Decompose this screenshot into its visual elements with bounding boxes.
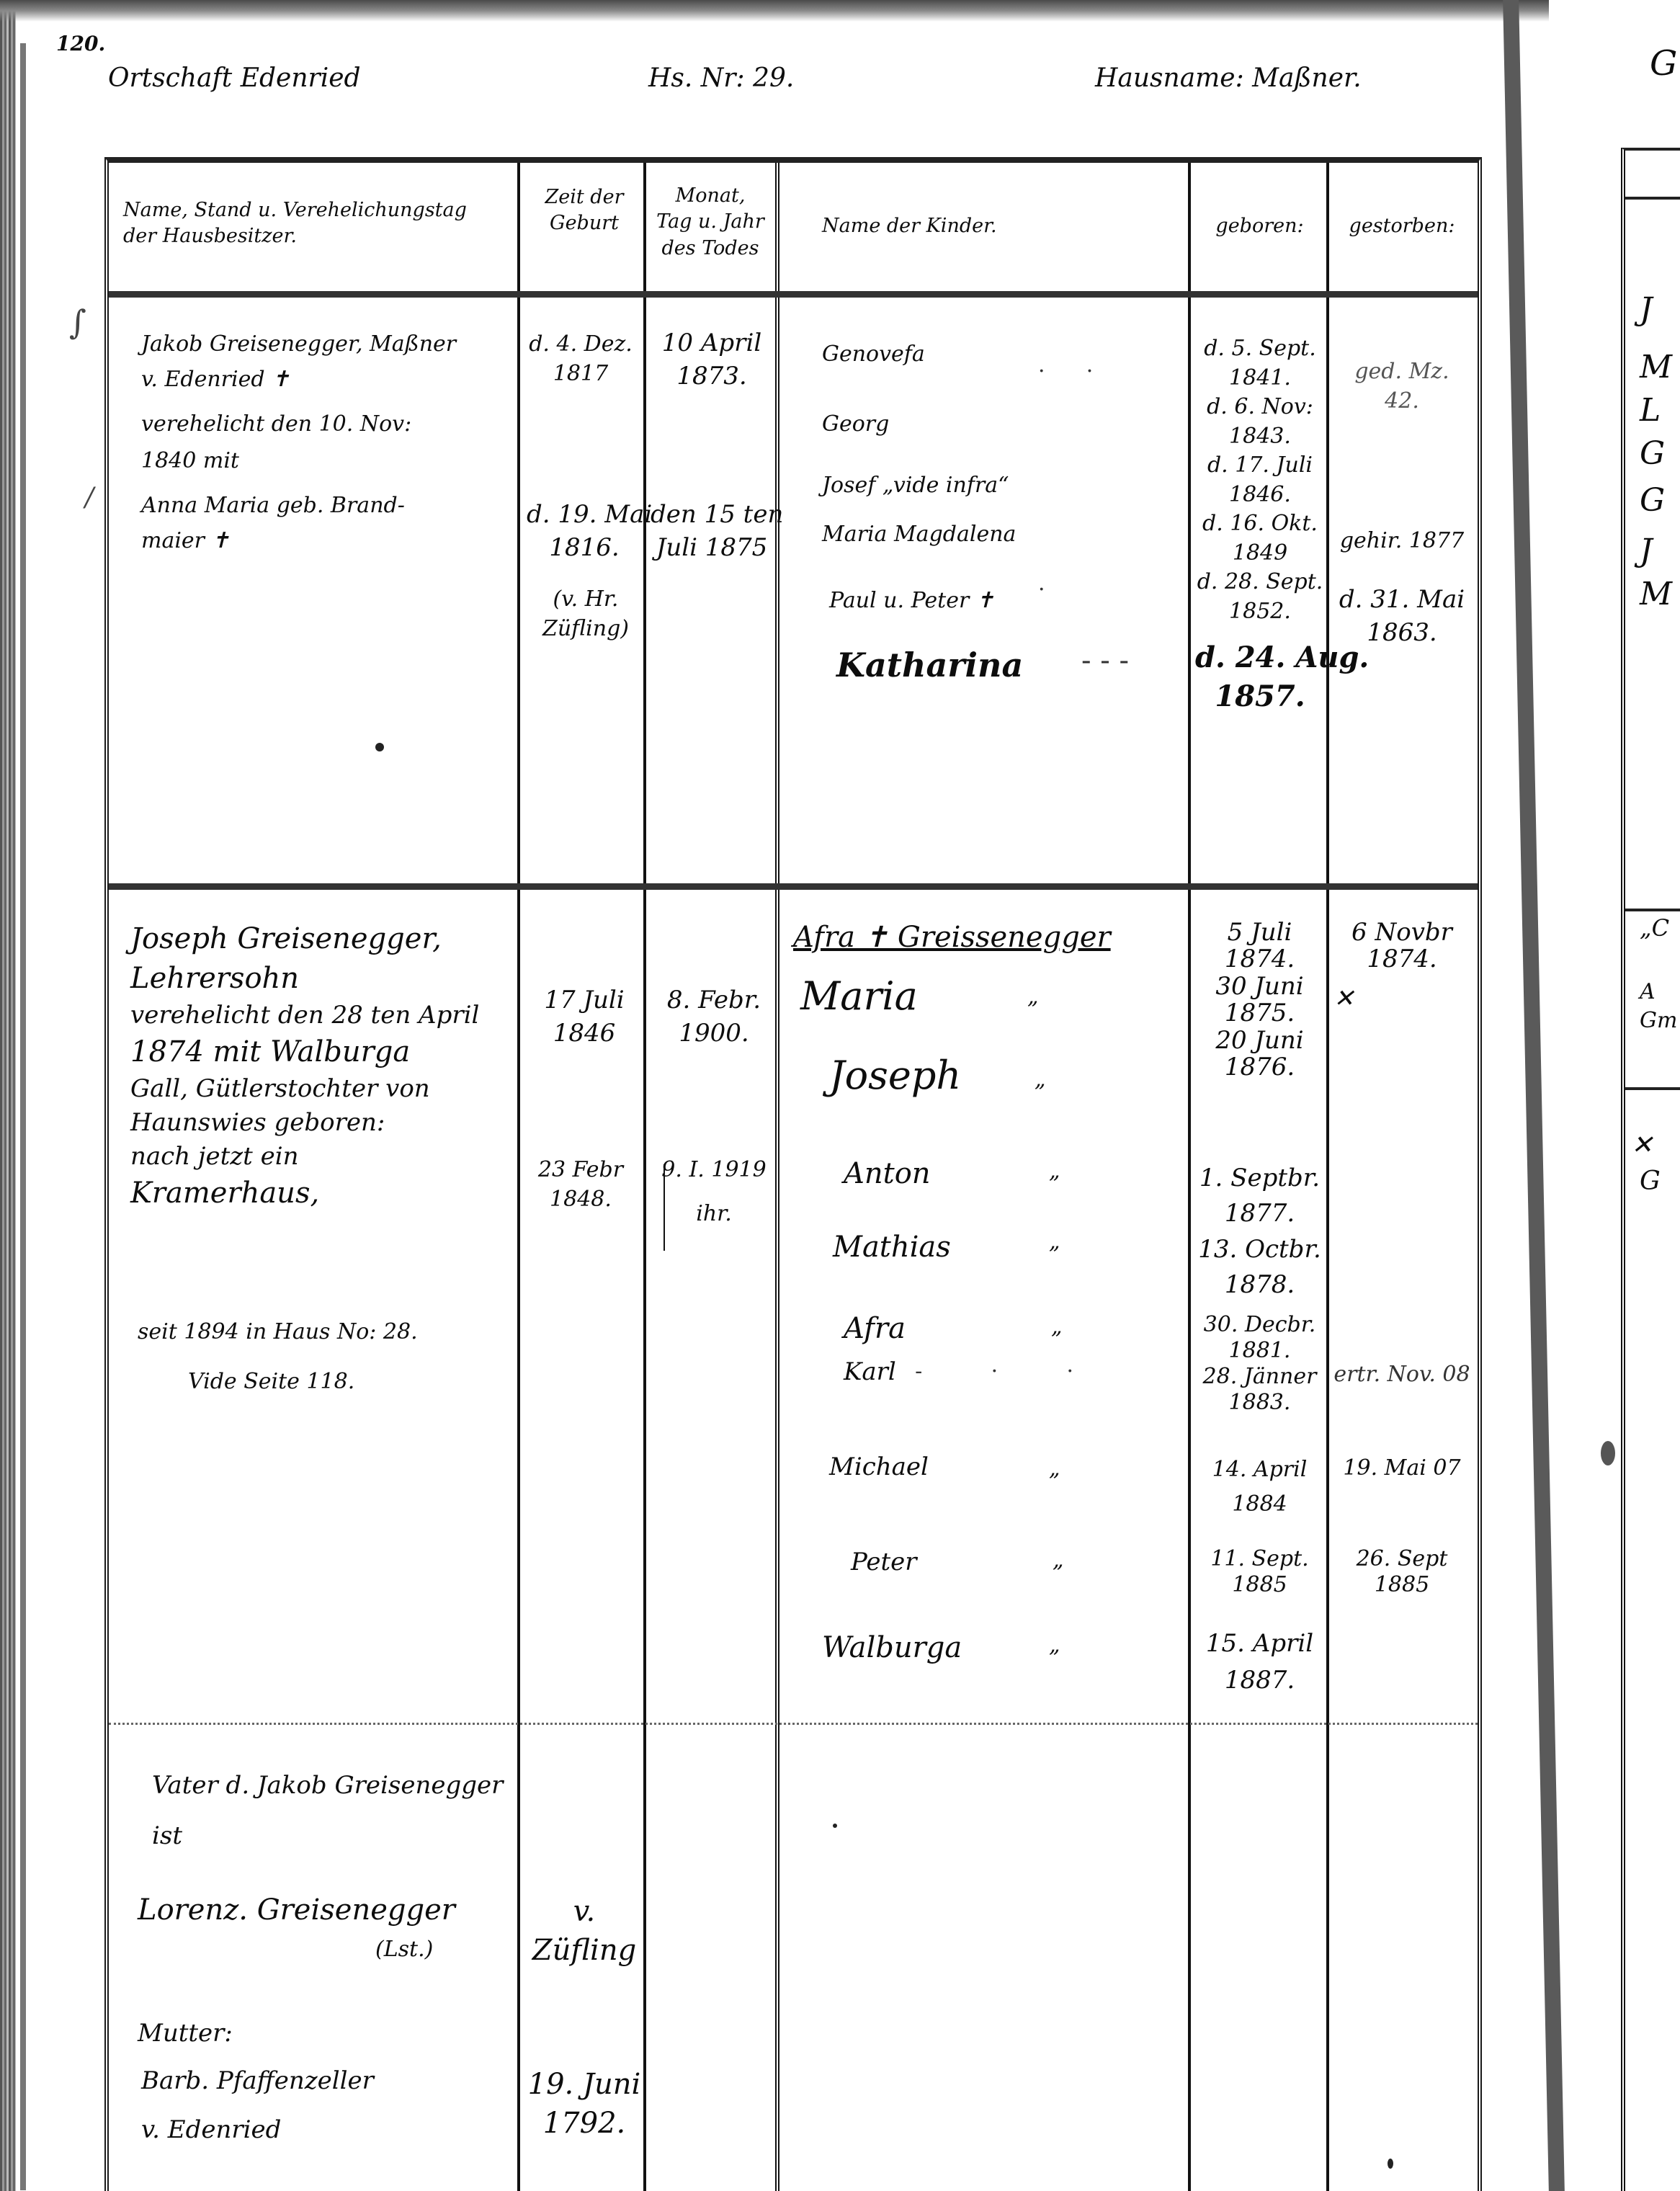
child-name: Mathias xyxy=(833,1231,951,1264)
margin-tick: ∫ xyxy=(69,303,86,342)
col-divider-died xyxy=(1326,163,1329,2191)
child-name: Maria Magdalena xyxy=(822,522,1016,547)
owner-line: 1840 mit xyxy=(141,447,516,476)
colhead-owner: Name, Stand u. Verehelichungstag der Hau… xyxy=(123,197,505,250)
next-page-fragment: J xyxy=(1640,291,1653,328)
child-born: d. 24. Aug. 1857. xyxy=(1195,638,1325,716)
child-died: d. 31. Mai 1863. xyxy=(1333,584,1470,650)
next-page-rule xyxy=(1625,1087,1680,1090)
date-line: d. 4. Dez. xyxy=(527,330,635,360)
date-line: 10 April xyxy=(651,327,773,360)
date-line: 42. xyxy=(1337,387,1467,416)
child-name: Afra xyxy=(844,1312,906,1345)
child-born: d. 5. Sept. 1841. d. 6. Nov: 1843. d. 17… xyxy=(1195,334,1325,626)
child-name: Joseph xyxy=(829,1053,961,1098)
child-name: Peter xyxy=(851,1548,917,1576)
binding-shadow xyxy=(20,43,26,2190)
child-born: 5 Juli 1874. 30 Juni 1875. 20 Juni 1876. xyxy=(1193,919,1326,1081)
colhead-born: geboren: xyxy=(1197,213,1323,239)
entry-3-mother-origin: v. Edenried xyxy=(141,2114,530,2147)
child-name: Walburga xyxy=(822,1631,962,1664)
date-line: 14. April xyxy=(1193,1453,1326,1487)
ditto-mark: „ xyxy=(1049,1229,1060,1254)
next-page-rule xyxy=(1625,197,1680,200)
owner-line: nach jetzt ein xyxy=(130,1140,519,1174)
date-line: d. 19. Mai xyxy=(527,499,642,532)
date-line: 1816. xyxy=(527,532,642,565)
next-page-fragment: A xyxy=(1640,979,1656,1004)
next-page-fragment: „C xyxy=(1640,914,1669,942)
date-line: d. 5. Sept. xyxy=(1195,334,1325,364)
entry-2-wife-birth: 23 Febr 1848. xyxy=(527,1156,635,1214)
date-line: d. 6. Nov: xyxy=(1195,393,1325,422)
child-name: Karl xyxy=(844,1357,896,1386)
date-line: ged. Mz. xyxy=(1337,357,1467,387)
next-page-fragment: J xyxy=(1640,532,1653,569)
child-born: 11. Sept. 1885 xyxy=(1193,1546,1326,1598)
date-line: 1885 xyxy=(1333,1572,1470,1598)
date-line: 26. Sept xyxy=(1333,1546,1470,1572)
next-page-fragment: Gm xyxy=(1640,1008,1677,1033)
col-divider-death xyxy=(643,163,646,2191)
date-line: d. 17. Juli xyxy=(1195,451,1325,481)
child-name: Paul u. Peter ✝ xyxy=(829,588,994,613)
date-line: 1877. xyxy=(1193,1196,1326,1231)
date-line: Juli 1875 xyxy=(651,532,773,565)
ditto-mark: „ xyxy=(1049,1456,1060,1481)
date-line: 19. Juni xyxy=(523,2065,645,2104)
owner-line: Haunswies geboren: xyxy=(130,1106,519,1140)
date-line: 5 Juli xyxy=(1193,919,1326,946)
child-name: Anton xyxy=(844,1157,931,1190)
owner-line: 1874 mit Walburga xyxy=(130,1032,519,1072)
book-spine xyxy=(1503,0,1565,2191)
child-name: Josef „vide infra“ xyxy=(822,473,1009,498)
register-table: Name, Stand u. Verehelichungstag der Hau… xyxy=(104,157,1482,2191)
owner-line: Lehrersohn xyxy=(130,959,519,999)
entry-1-wife-birth-note: (v. Hr. Züfling) xyxy=(514,585,658,643)
owner-line: maier ✝ xyxy=(141,527,516,556)
date-line: 1883. xyxy=(1193,1390,1326,1416)
date-line: 1848. xyxy=(527,1185,635,1215)
date-line: 1846. xyxy=(1195,481,1325,510)
child-born: 30. Decbr. 1881. 28. Jänner 1883. xyxy=(1193,1312,1326,1416)
ink-blot xyxy=(1601,1441,1615,1465)
next-page-table-edge: J M L G G J M „C A Gm ✕ G xyxy=(1621,148,1680,2191)
child-name: Katharina xyxy=(836,646,1023,684)
child-died: ged. Mz. 42. xyxy=(1337,357,1467,416)
entry-2-husband-death: 8. Febr. 1900. xyxy=(656,984,772,1050)
date-line: d. 28. Sept. xyxy=(1195,568,1325,597)
child-died: gehir. 1877 xyxy=(1333,527,1470,556)
date-line: 1885 xyxy=(1193,1572,1326,1598)
scan-top-shadow xyxy=(0,0,1549,22)
ditto-mark: „ xyxy=(1035,1067,1046,1092)
entry-rule-2 xyxy=(109,1723,1478,1725)
owner-line: Anna Maria geb. Brand- xyxy=(141,491,516,521)
date-line: 30. Decbr. xyxy=(1193,1312,1326,1338)
next-page-fragment: G xyxy=(1640,482,1665,519)
next-page-fragment: ✕ xyxy=(1631,1130,1653,1160)
date-line: d. 16. Okt. xyxy=(1195,509,1325,539)
date-line: 1874. xyxy=(1193,946,1326,973)
locality-label: Ortschaft Edenried xyxy=(108,63,361,93)
ditto-mark: „ xyxy=(1049,1159,1060,1184)
owner-line: Gall, Gütlerstochter von xyxy=(130,1072,519,1106)
child-name: Michael xyxy=(829,1453,929,1481)
date-line: 1873. xyxy=(651,360,773,393)
date-line: 1887. xyxy=(1193,1662,1326,1699)
date-line: 1841. xyxy=(1195,364,1325,393)
owner-line: v. Edenried ✝ xyxy=(141,365,516,395)
owner-line: Jakob Greisenegger, Maßner xyxy=(141,330,516,360)
entry-1-owner: Jakob Greisenegger, Maßner v. Edenried ✝… xyxy=(141,330,516,555)
date-line: 1884 xyxy=(1193,1487,1326,1522)
entry-1-husband-death: 10 April 1873. xyxy=(651,327,773,393)
child-name: Afra ✝ Greissenegger xyxy=(793,921,1111,954)
entry-3-mother-label: Mutter: xyxy=(138,2017,527,2051)
header-rule xyxy=(109,291,1478,298)
entry-2-crossref: Vide Seite 118. xyxy=(188,1367,512,1397)
child-died: 6 Novbr 1874. xyxy=(1333,919,1470,973)
page-number: 120. xyxy=(56,32,105,55)
date-line: ihr. xyxy=(656,1200,772,1229)
ink-blot xyxy=(833,1824,837,1828)
child-died-mark: ✕ xyxy=(1333,983,1377,1016)
owner-line: Vater d. Jakob Greisenegger xyxy=(152,1770,541,1803)
child-died: ertr. Nov. 08 xyxy=(1330,1360,1474,1390)
ditto-mark: „ xyxy=(1053,1548,1064,1573)
owner-line: verehelicht den 28 ten April xyxy=(130,999,519,1032)
entry-3-father-birth: v. Züfling xyxy=(523,1892,645,1970)
ink-blot xyxy=(375,743,384,751)
next-page-header-fragment: G xyxy=(1650,43,1677,84)
entry-3-mother-name: Barb. Pfaffenzeller xyxy=(141,2065,530,2098)
wife-death-subdivider xyxy=(663,1164,665,1251)
next-page-fragment: L xyxy=(1640,392,1661,429)
binding-edge xyxy=(0,0,16,2191)
col-divider-children xyxy=(775,163,779,2191)
entry-3-mother-birth: 19. Juni 1792. xyxy=(523,2065,645,2143)
owner-line: Joseph Greisenegger, xyxy=(130,919,519,959)
date-line: 1863. xyxy=(1333,617,1470,650)
date-line: d. 31. Mai xyxy=(1333,584,1470,617)
date-line: 8. Febr. xyxy=(656,984,772,1017)
col-divider-born xyxy=(1188,163,1191,2191)
entry-2-wife-death: 9. I. 1919 ihr. xyxy=(656,1156,772,1228)
date-line: 1876. xyxy=(1193,1054,1326,1081)
child-name: Georg xyxy=(822,411,889,437)
child-name: Maria xyxy=(800,973,918,1019)
owner-line: verehelicht den 10. Nov: xyxy=(141,410,516,439)
house-name-label: Hausname: Maßner. xyxy=(1095,63,1362,93)
entry-3-father-name: Lorenz. Greisenegger xyxy=(138,1891,527,1929)
date-line: den 15 ten xyxy=(651,499,773,532)
entry-2-note: seit 1894 in Haus No: 28. xyxy=(138,1318,512,1347)
child-born: 1. Septbr. 1877. 13. Octbr. 1878. xyxy=(1193,1161,1326,1303)
ditto-mark: „ xyxy=(1027,984,1039,1009)
owner-line: Kramerhaus, xyxy=(130,1174,519,1213)
date-line: 1857. xyxy=(1195,677,1325,716)
house-number-label: Hs. Nr: 29. xyxy=(648,63,794,93)
date-line: d. 24. Aug. xyxy=(1195,638,1325,677)
next-page-fragment: M xyxy=(1640,349,1672,385)
date-line: 23 Febr xyxy=(527,1156,635,1185)
date-line: 1878. xyxy=(1193,1267,1326,1303)
owner-line: ist xyxy=(152,1820,541,1853)
date-line: 15. April xyxy=(1193,1625,1326,1662)
date-line: 1792. xyxy=(523,2104,645,2143)
next-page-fragment: G xyxy=(1640,1166,1661,1196)
date-line: 1852. xyxy=(1195,597,1325,627)
entry-1-husband-birth: d. 4. Dez. 1817 xyxy=(527,330,635,388)
date-line: 1881. xyxy=(1193,1338,1326,1364)
child-born: 14. April 1884 xyxy=(1193,1453,1326,1522)
entry-2-owner: Joseph Greisenegger, Lehrersohn vereheli… xyxy=(130,919,519,1213)
child-died: 19. Mai 07 xyxy=(1330,1454,1474,1483)
colhead-children: Name der Kinder. xyxy=(822,213,1125,239)
date-line: 13. Octbr. xyxy=(1193,1232,1326,1267)
date-line: 1. Septbr. xyxy=(1193,1161,1326,1196)
child-died: 26. Sept 1885 xyxy=(1333,1546,1470,1598)
entry-3-father-note: (Lst.) xyxy=(375,1935,491,1965)
next-page-rule xyxy=(1625,909,1680,911)
ditto-mark: „ xyxy=(1051,1314,1063,1339)
colhead-died: gestorben: xyxy=(1333,213,1470,239)
child-name: Genovefa xyxy=(822,342,925,367)
entry-3-father-intro: Vater d. Jakob Greisenegger ist xyxy=(152,1770,541,1853)
date-line: 1875. xyxy=(1193,1000,1326,1027)
date-line: 9. I. 1919 xyxy=(656,1156,772,1185)
child-born: 15. April 1887. xyxy=(1193,1625,1326,1699)
colhead-death: Monat, Tag u. Jahr des Todes xyxy=(656,183,764,262)
date-line: 1817 xyxy=(527,360,635,389)
date-line: 30 Juni xyxy=(1193,973,1326,1000)
date-line: 28. Jänner xyxy=(1193,1364,1326,1390)
next-page-fragment: G xyxy=(1640,435,1665,472)
date-line: 11. Sept. xyxy=(1193,1546,1326,1572)
date-line: 20 Juni xyxy=(1193,1027,1326,1054)
entry-1-wife-birth: d. 19. Mai 1816. xyxy=(527,499,642,565)
colhead-birth: Zeit der Geburt xyxy=(534,184,635,237)
date-line: 1900. xyxy=(656,1017,772,1050)
ditto-mark: „ xyxy=(1049,1633,1060,1658)
next-page-fragment: M xyxy=(1640,576,1672,612)
date-line: 1874. xyxy=(1333,946,1470,973)
date-line: 6 Novbr xyxy=(1333,919,1470,946)
entry-rule-1 xyxy=(109,883,1478,890)
entry-2-husband-birth: 17 Juli 1846 xyxy=(519,984,649,1050)
date-line: 1849 xyxy=(1195,539,1325,568)
entry-1-wife-death: den 15 ten Juli 1875 xyxy=(651,499,773,565)
date-line: 1843. xyxy=(1195,422,1325,452)
ink-blot xyxy=(1388,2159,1393,2169)
margin-tick: / xyxy=(85,483,94,512)
